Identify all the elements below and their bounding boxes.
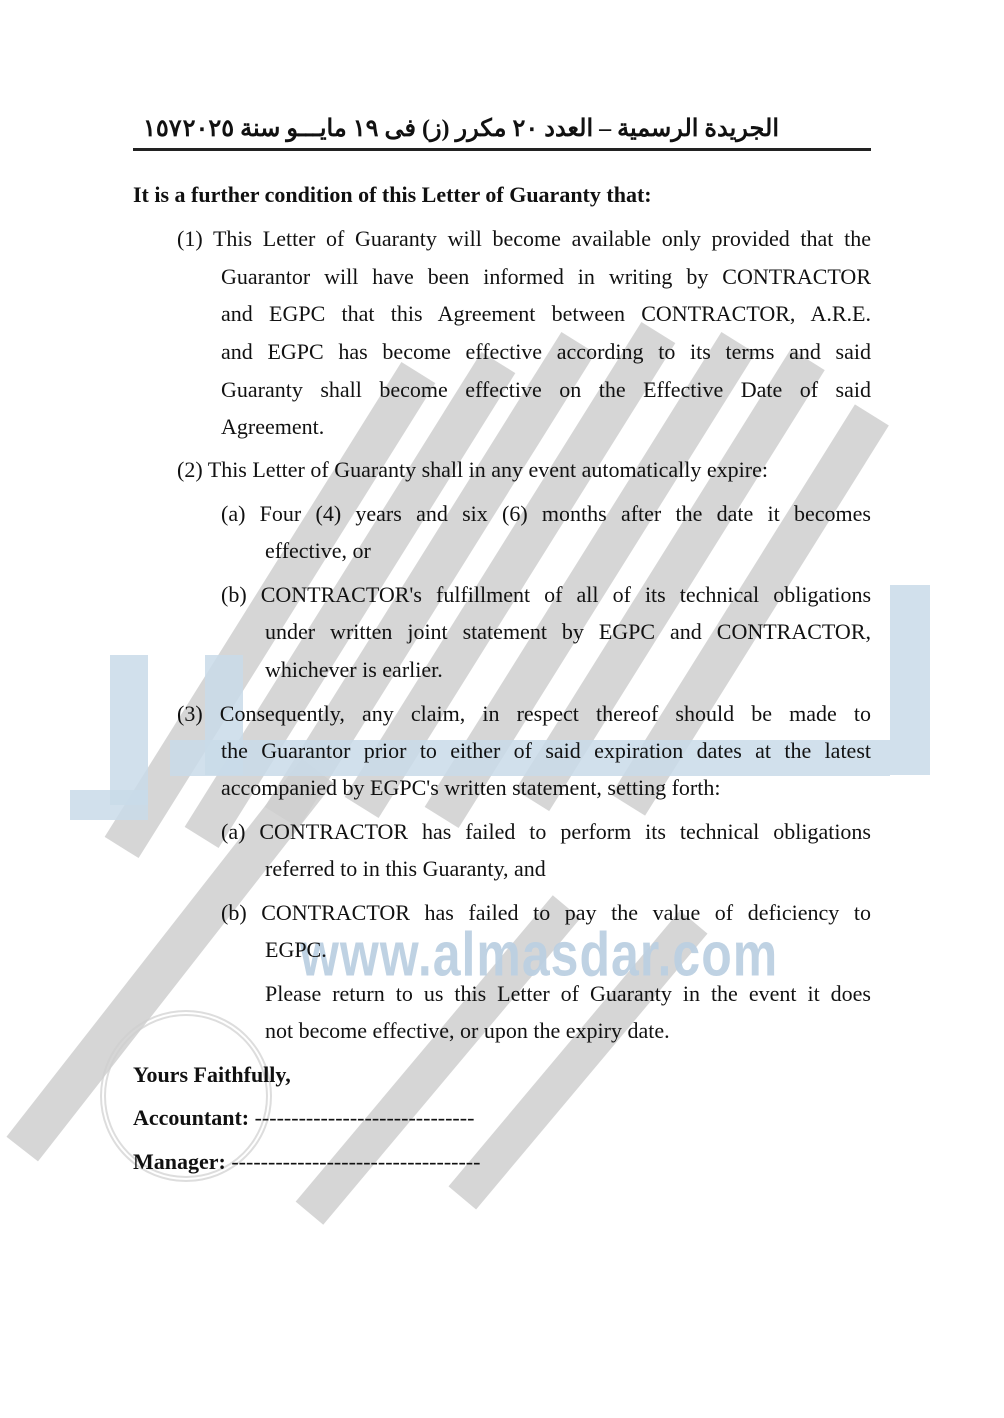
intro-heading: It is a further condition of this Letter… — [133, 184, 652, 206]
signature-manager: Manager: -------------------------------… — [133, 1151, 480, 1173]
signature-label: Manager: — [133, 1149, 226, 1174]
signature-label: Accountant: — [133, 1105, 249, 1130]
signature-line: ------------------------------ — [255, 1105, 475, 1130]
clause-1-line: (1) This Letter of Guaranty will become … — [177, 228, 871, 250]
closing-text: Yours Faithfully, — [133, 1064, 291, 1086]
signature-accountant: Accountant: ----------------------------… — [133, 1107, 474, 1129]
clause-1-line: Guaranty shall become effective on the E… — [221, 379, 871, 401]
gazette-title: الجريدة الرسمية – العدد ٢٠ مكرر (ز) فى ١… — [183, 114, 779, 143]
signature-line: ---------------------------------- — [231, 1149, 480, 1174]
page-number: ١٥٧ — [143, 114, 182, 143]
clause-1-line: Agreement. — [221, 416, 324, 438]
document-page: ١٥٧ الجريدة الرسمية – العدد ٢٠ مكرر (ز) … — [0, 0, 1004, 1418]
return-note-line: not become effective, or upon the expiry… — [265, 1020, 670, 1042]
clause-1-line: and EGPC that this Agreement between CON… — [221, 303, 871, 325]
clause-3a-line: (a) CONTRACTOR has failed to perform its… — [221, 821, 871, 843]
clause-3b-line: (b) CONTRACTOR has failed to pay the val… — [221, 902, 871, 924]
clause-3a-line: referred to in this Guaranty, and — [265, 858, 546, 880]
clause-1-line: and EGPC has become effective according … — [221, 341, 871, 363]
clause-3b-line: EGPC. — [265, 939, 327, 961]
clause-2a-line: effective, or — [265, 540, 371, 562]
clause-1-line: Guarantor will have been informed in wri… — [221, 266, 871, 288]
clause-2-heading: (2) This Letter of Guaranty shall in any… — [177, 459, 768, 481]
clause-2b-line: under written joint statement by EGPC an… — [265, 621, 871, 643]
clause-3-line: the Guarantor prior to either of said ex… — [221, 740, 871, 762]
return-note-line: Please return to us this Letter of Guara… — [265, 983, 871, 1005]
clause-3-line: accompanied by EGPC's written statement,… — [221, 777, 720, 799]
clause-2a-line: (a) Four (4) years and six (6) months af… — [221, 503, 871, 525]
clause-2b-line: (b) CONTRACTOR's fulfillment of all of i… — [221, 584, 871, 606]
clause-3-line: (3) Consequently, any claim, in respect … — [177, 703, 871, 725]
clause-2b-line: whichever is earlier. — [265, 659, 443, 681]
page-header: ١٥٧ الجريدة الرسمية – العدد ٢٠ مكرر (ز) … — [133, 108, 871, 151]
